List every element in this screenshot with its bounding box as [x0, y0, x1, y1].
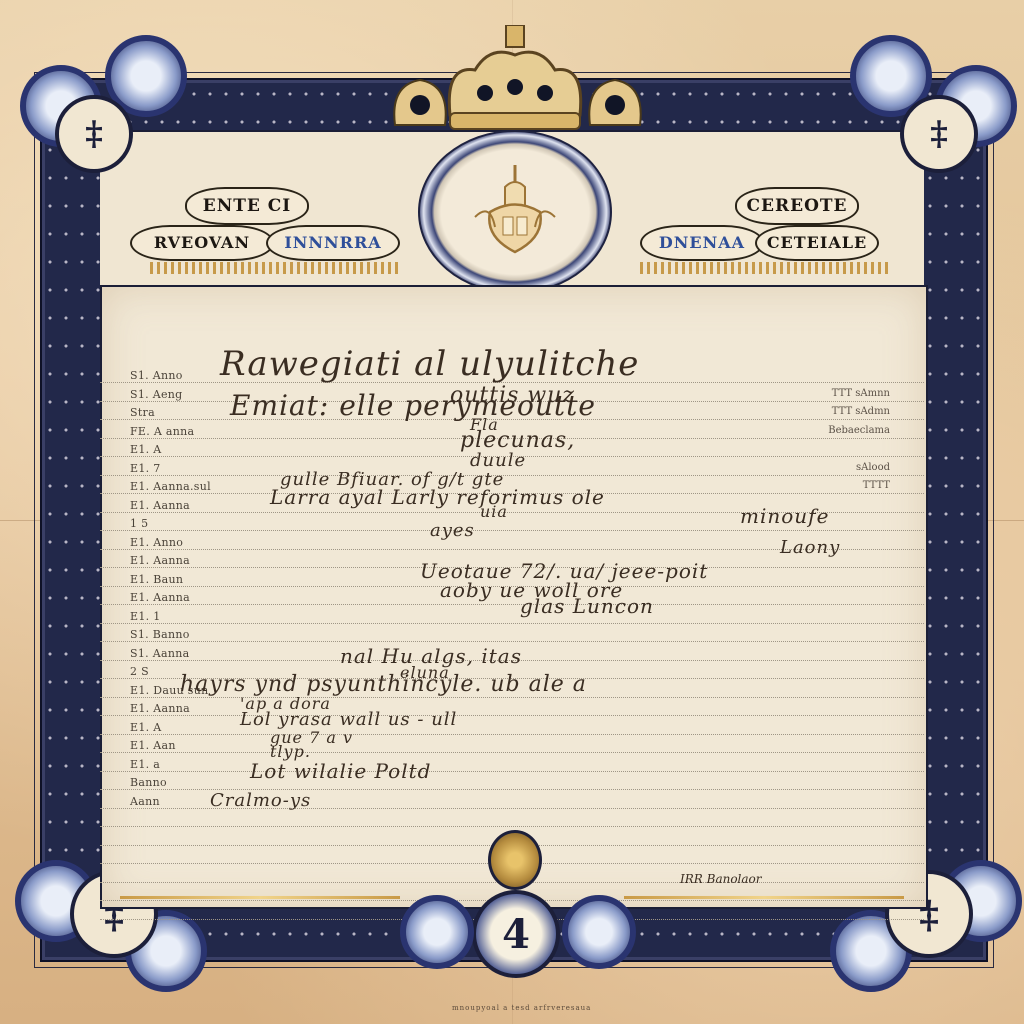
gold-rule-left	[120, 896, 400, 899]
small-crown-left-icon	[390, 70, 450, 130]
margin-label: E1. Aanna	[130, 591, 190, 604]
handwritten-line: minoufe	[740, 504, 829, 528]
margin-label: E1. 1	[130, 610, 161, 623]
stamp-signature: IRR Banolaor	[680, 872, 762, 886]
margin-label: E1. Aanna	[130, 554, 190, 567]
gold-rule-right	[624, 896, 904, 899]
banner-left-bottom-blue: INNNRRA	[266, 225, 400, 261]
number-medallion: 4	[472, 890, 560, 978]
margin-label: Stra	[130, 406, 155, 419]
margin-label: 1 5	[130, 517, 148, 530]
corner-ornament-top-left: ‡	[15, 25, 185, 195]
margin-label: Banno	[130, 776, 167, 789]
right-margin-label: TTT sAmnn	[832, 388, 890, 399]
corner-ornament-top-right: ‡	[840, 25, 1010, 195]
small-crown-right-icon	[585, 70, 645, 130]
handwritten-line: Laony	[780, 537, 840, 558]
right-margin-label: sAlood	[856, 462, 890, 473]
ruled-line	[100, 475, 924, 476]
gold-medallion	[488, 830, 542, 890]
handwritten-line: outtis wuz	[450, 383, 575, 408]
margin-label: S1. Banno	[130, 628, 190, 641]
handwritten-line: uia	[480, 502, 508, 521]
handwritten-line: Cralmo-ys	[210, 790, 311, 811]
margin-label: E1. A	[130, 443, 161, 456]
ruled-line	[100, 715, 924, 716]
right-margin-label: TTTT	[863, 480, 890, 491]
central-seal	[418, 130, 612, 294]
handwritten-line: plecunas,	[460, 428, 575, 453]
margin-label: E1. a	[130, 758, 160, 771]
margin-label: E1. Aan	[130, 739, 176, 752]
coat-of-arms-icon	[465, 157, 565, 267]
ruled-line	[100, 641, 924, 642]
fringe-right	[640, 262, 890, 274]
margin-label: E1. Anno	[130, 536, 183, 549]
banner-left-top: ENTE CI	[185, 187, 309, 225]
margin-label: Aann	[130, 795, 160, 808]
margin-label: 2 S	[130, 665, 149, 678]
margin-label: E1. Aanna	[130, 499, 190, 512]
handwritten-line: hayrs ynd psyunthincyle. ub ale a	[180, 672, 587, 697]
banner-left-bottom: RVEOVAN	[130, 225, 274, 261]
handwritten-line: ayes	[430, 520, 475, 541]
ruled-line	[100, 530, 924, 531]
margin-label: E1. Aanna	[130, 702, 190, 715]
margin-label: FE. A anna	[130, 425, 194, 438]
right-margin-label: Bebaeclama	[828, 425, 890, 436]
margin-label: E1. A	[130, 721, 161, 734]
crown-icon	[440, 25, 590, 135]
certificate-page: ENTE CI RVEOVAN INNNRRA CEREOTE DNENAA C…	[0, 0, 1024, 1024]
fringe-left	[150, 262, 400, 274]
margin-label: S1. Aeng	[130, 388, 183, 401]
margin-label: S1. Anno	[130, 369, 183, 382]
ruled-line	[100, 604, 924, 605]
handwritten-line: Larra ayal Larly reforimus ole	[270, 485, 605, 509]
banner-right-bottom-blue: DNENAA	[640, 225, 764, 261]
handwritten-line: Rawegiati al ulyulitche	[220, 344, 639, 384]
monogram-medallion: ‡	[900, 95, 978, 173]
bottom-crest: 4	[400, 760, 624, 1000]
margin-label: E1. 7	[130, 462, 161, 475]
ruled-line	[100, 734, 924, 735]
ruled-line	[100, 752, 924, 753]
footer-fine-print: mnoupyoal a tesd arfrveresaua	[452, 1004, 591, 1012]
right-margin-label: TTT sAdmn	[832, 406, 890, 417]
ruled-line	[100, 623, 924, 624]
margin-label: E1. Aanna.sul	[130, 480, 211, 493]
monogram-medallion: ‡	[55, 95, 133, 173]
handwritten-line: glas Luncon	[520, 594, 654, 618]
margin-label: E1. Baun	[130, 573, 183, 586]
banner-right-bottom: CETEIALE	[755, 225, 879, 261]
margin-label: S1. Aanna	[130, 647, 189, 660]
